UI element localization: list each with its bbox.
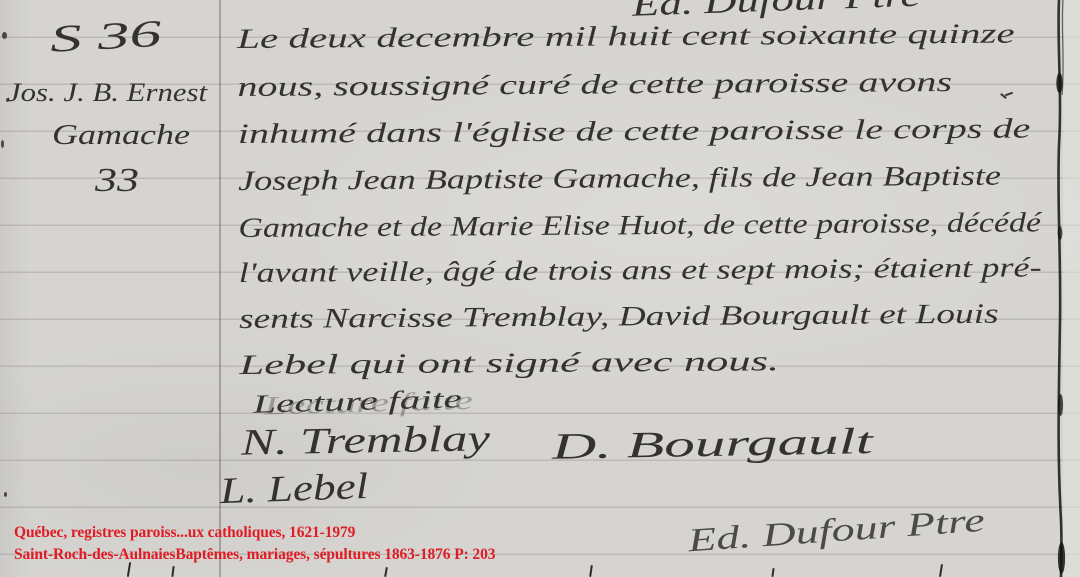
act-line: Le deux decembre mil huit cent soixante … [237, 20, 767, 71]
decedent-name-line-1: Jos. J. B. Ernest [7, 78, 176, 108]
act-line: sents Narcisse Tremblay, David Bourgault… [239, 300, 808, 351]
insertion-caret-mark [1000, 90, 1012, 99]
act-line: Gamache et de Marie Elise Huot, de cette… [238, 208, 900, 260]
witness-signature-lebel: L. Lebel [219, 466, 342, 513]
citation-overlay: Québec, registres paroiss...ux catholiqu… [14, 522, 495, 565]
act-line: nous, soussigné curé de cette paroisse a… [237, 69, 736, 119]
page-binding-edge [1045, 0, 1075, 577]
decedent-name-line-2: Gamache [52, 120, 159, 152]
citation-volume-page: Saint-Roch-des-AulnaiesBaptêmes, mariage… [14, 544, 495, 566]
citation-collection-title: Québec, registres paroiss...ux catholiqu… [14, 522, 495, 544]
age-number: 33 [95, 162, 129, 200]
act-line: Joseph Jean Baptiste Gamache, fils de Je… [238, 162, 829, 213]
scanned-register-page: { "scan": { "paper_color": "#d5d4d1", "i… [0, 0, 1080, 577]
lecture-faite-note: Lecture faite [253, 386, 385, 419]
entry-number: S 36 [49, 14, 118, 61]
witness-signature-tremblay: N. Tremblay [241, 418, 423, 464]
witness-signature-bourgault: D. Bourgault [552, 422, 747, 468]
act-line: inhumé dans l'église de cette paroisse l… [238, 115, 791, 166]
act-line: l'avant veille, âgé de trois ans et sept… [239, 254, 859, 305]
